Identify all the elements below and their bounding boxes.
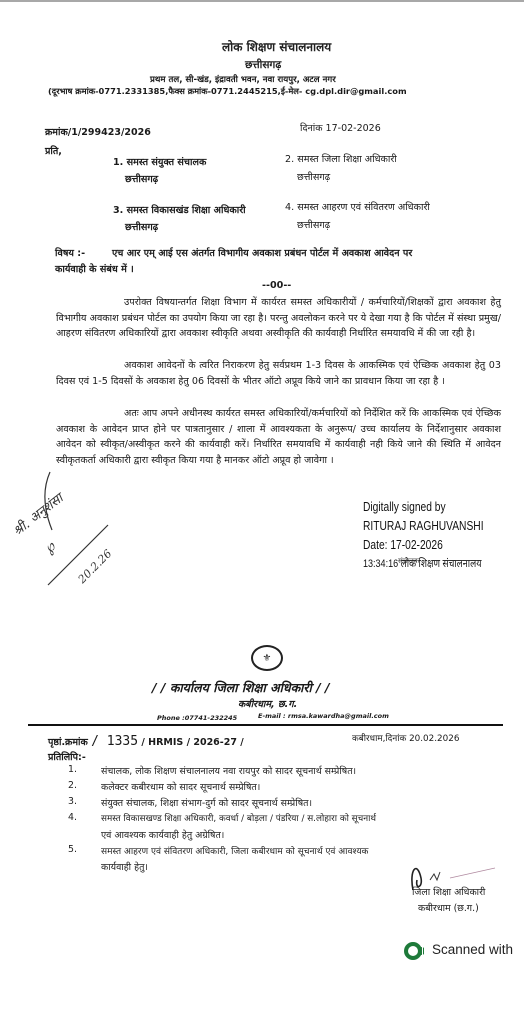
recipient-4: 4. समस्त आहरण एवं संवितरण अधिकारी xyxy=(285,200,430,213)
handwritten-stroke xyxy=(40,470,110,590)
signature-time: 13:34:16 xyxy=(363,558,398,570)
recipient-place: छत्तीसगढ़ xyxy=(297,170,330,183)
recipient-place: छत्तीसगढ़ xyxy=(125,220,158,233)
office-title: / / कार्यालय जिला शिक्षा अधिकारी / / xyxy=(152,679,330,696)
endorsement-number-value: / 1335 xyxy=(91,734,138,749)
subject-line-1: एच आर एम् आई एस अंतर्गत विभागीय अवकाश प्… xyxy=(112,246,412,259)
copy-text: कलेक्टर कबीरधाम को सादर सूचनार्थ सम्प्रे… xyxy=(101,780,260,793)
signatory-district: कबीरधाम (छ.ग.) xyxy=(418,901,479,914)
endorsement-number-label: पृष्ठां.क्रमांक xyxy=(48,737,88,748)
office-email: E-mail : rmsa.kawardha@gmail.com xyxy=(258,712,389,720)
subject-line-2: कार्यवाही के संबंध में । xyxy=(55,262,134,275)
endorsement-number-suffix: / HRMIS / 2026-27 / xyxy=(141,737,243,748)
recipient-3: 3. समस्त विकासखंड शिक्षा अधिकारी xyxy=(113,203,246,216)
copy-number: 1. xyxy=(68,764,86,775)
subject-label: विषय :- xyxy=(55,246,85,259)
copy-text-continued: कार्यवाही हेतु। xyxy=(101,860,148,873)
recipient-number: 4. xyxy=(285,202,294,213)
header-divider xyxy=(28,724,503,726)
copy-text: समस्त विकासखण्ड शिक्षा अधिकारी, कवर्धा /… xyxy=(101,812,376,824)
signer-designation: संचालक xyxy=(398,557,419,566)
copy-number: 5. xyxy=(68,844,86,855)
recipient-2: 2. समस्त जिला शिक्षा अधिकारी xyxy=(285,152,397,165)
recipient-number: 3. xyxy=(113,205,123,216)
scan-top-edge xyxy=(0,0,524,2)
separator: --00-- xyxy=(262,280,291,291)
recipient-title: समस्त आहरण एवं संवितरण अधिकारी xyxy=(297,202,430,213)
org-state: छत्तीसगढ़ xyxy=(245,58,281,72)
org-address: प्रथम तल, सी-खंड, इंद्रावती भवन, नवा राय… xyxy=(150,73,336,85)
office-phone: Phone :07741-232245 xyxy=(157,714,237,722)
signature-time-office: 13:34:16 लोक शिक्षण संचालनालय xyxy=(363,555,484,574)
signature-date: Date: 17-02-2026 xyxy=(363,536,484,555)
copy-number: 2. xyxy=(68,780,86,791)
paragraph-2: अवकाश आवेदनों के त्वरित निराकरण हेतु सर्… xyxy=(56,358,501,389)
copy-text-continued: एवं आवश्यक कार्यवाही हेतु अग्रेषित। xyxy=(101,828,224,841)
reference-number: क्रमांक/1/299423/2026 xyxy=(45,125,151,138)
letter-date: दिनांक 17-02-2026 xyxy=(300,121,381,134)
recipient-title: समस्त संयुक्त संचालक xyxy=(127,157,207,168)
to-label: प्रति, xyxy=(45,144,62,157)
signature-line: Digitally signed by xyxy=(363,498,484,517)
signatory-designation: जिला शिक्षा अधिकारी xyxy=(412,885,485,898)
recipient-number: 2. xyxy=(285,154,294,165)
copy-label: प्रतिलिपि:- xyxy=(48,750,86,763)
recipient-place: छत्तीसगढ़ xyxy=(297,218,330,231)
org-contact: (दूरभाष क्रमांक-0771.2331385,फैक्स क्रमा… xyxy=(48,86,407,97)
org-name: लोक शिक्षण संचालनालय xyxy=(222,38,331,55)
copy-text: संयुक्त संचालक, शिक्षा संभाग-दुर्ग को सा… xyxy=(101,796,312,809)
copy-text: समस्त आहरण एवं संवितरण अधिकारी, जिला कबी… xyxy=(101,844,368,857)
office-district: कबीरधाम, छ.ग. xyxy=(238,697,297,710)
government-seal-icon: ⚜ xyxy=(251,645,283,671)
signer-name: RITURAJ RAGHUVANSHI xyxy=(363,517,484,536)
paragraph-1: उपरोक्त विषयान्तर्गत शिक्षा विभाग में का… xyxy=(56,295,501,342)
endorsement-number: पृष्ठां.क्रमांक / 1335 / HRMIS / 2026-27… xyxy=(48,734,244,749)
copy-number: 3. xyxy=(68,796,86,807)
recipient-title: समस्त विकासखंड शिक्षा अधिकारी xyxy=(127,205,246,216)
recipient-place: छत्तीसगढ़ xyxy=(125,172,158,185)
scanner-watermark: Scanned with xyxy=(432,942,513,957)
digital-signature: Digitally signed by RITURAJ RAGHUVANSHI … xyxy=(363,498,484,574)
recipient-number: 1. xyxy=(113,157,123,168)
scanner-logo-icon xyxy=(404,942,422,960)
recipient-1: 1. समस्त संयुक्त संचालक xyxy=(113,155,206,168)
recipient-title: समस्त जिला शिक्षा अधिकारी xyxy=(297,154,397,165)
copy-number: 4. xyxy=(68,812,86,823)
paragraph-3: अतः आप अपने अधीनस्थ कार्यरत समस्त अधिकार… xyxy=(56,406,501,468)
endorsement-place-date: कबीरधाम,दिनांक 20.02.2026 xyxy=(352,732,459,744)
copy-text: संचालक, लोक शिक्षण संचालनालय नवा रायपुर … xyxy=(101,764,356,777)
